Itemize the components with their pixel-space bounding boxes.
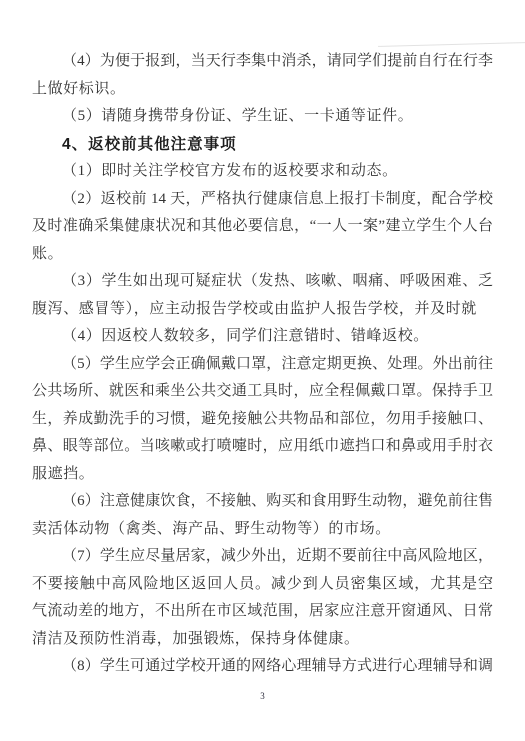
text-line: （4）为便于报到，当天行李集中消杀，请同学们提前自行在行李 <box>32 48 493 76</box>
text-line: （3）学生如出现可疑症状（发热、咳嗽、咽痛、呼吸困难、乏力、 <box>32 268 493 296</box>
text-line: 服遮挡。 <box>32 461 493 489</box>
text-line: （1）即时关注学校官方发布的返校要求和动态。 <box>32 158 493 186</box>
page-number: 3 <box>0 691 525 701</box>
text-line: （2）返校前 14 天，严格执行健康信息上报打卡制度，配合学校 <box>32 186 493 214</box>
text-line: 腹泻、感冒等），应主动报告学校或由监护人报告学校，并及时就医。 <box>32 296 493 324</box>
text-line: 气流动差的地方，不出所在市区域范围，居家应注意开窗通风、日常 <box>32 598 493 626</box>
text-line: 账。 <box>32 241 493 269</box>
text-line: （5）请随身携带身份证、学生证、一卡通等证件。 <box>32 103 493 131</box>
text-line: （7）学生应尽量居家，减少外出，近期不要前往中高风险地区， <box>32 543 493 571</box>
text-line: 及时准确采集健康状况和其他必要信息，“一人一案”建立学生个人台 <box>32 213 493 241</box>
text-line: 上做好标识。 <box>32 76 493 104</box>
text-line: （6）注意健康饮食，不接触、购买和食用野生动物，避免前往售 <box>32 488 493 516</box>
text-line: 不要接触中高风险地区返回人员。减少到人员密集区域，尤其是空 <box>32 571 493 599</box>
document-body: （4）为便于报到，当天行李集中消杀，请同学们提前自行在行李上做好标识。（5）请随… <box>32 48 493 681</box>
text-line: （5）学生应学会正确佩戴口罩，注意定期更换、处理。外出前往 <box>32 351 493 379</box>
text-line: 鼻、眼等部位。当咳嗽或打喷嚏时，应用纸巾遮挡口和鼻或用手肘衣 <box>32 433 493 461</box>
text-line: 生，养成勤洗手的习惯，避免接触公共物品和部位，勿用手接触口、 <box>32 406 493 434</box>
document-page: （4）为便于报到，当天行李集中消杀，请同学们提前自行在行李上做好标识。（5）请随… <box>0 0 525 741</box>
text-line: 公共场所、就医和乘坐公共交通工具时，应全程佩戴口罩。保持手卫 <box>32 378 493 406</box>
text-line: 清洁及预防性消毒，加强锻炼，保持身体健康。 <box>32 626 493 654</box>
scan-artifact-line <box>378 42 525 47</box>
text-line: （4）因返校人数较多，同学们注意错时、错峰返校。 <box>32 323 493 351</box>
section-heading: 4、返校前其他注意事项 <box>32 131 493 159</box>
text-line: （8）学生可通过学校开通的网络心理辅导方式进行心理辅导和调 <box>32 653 493 681</box>
text-line: 卖活体动物（禽类、海产品、野生动物等）的市场。 <box>32 516 493 544</box>
